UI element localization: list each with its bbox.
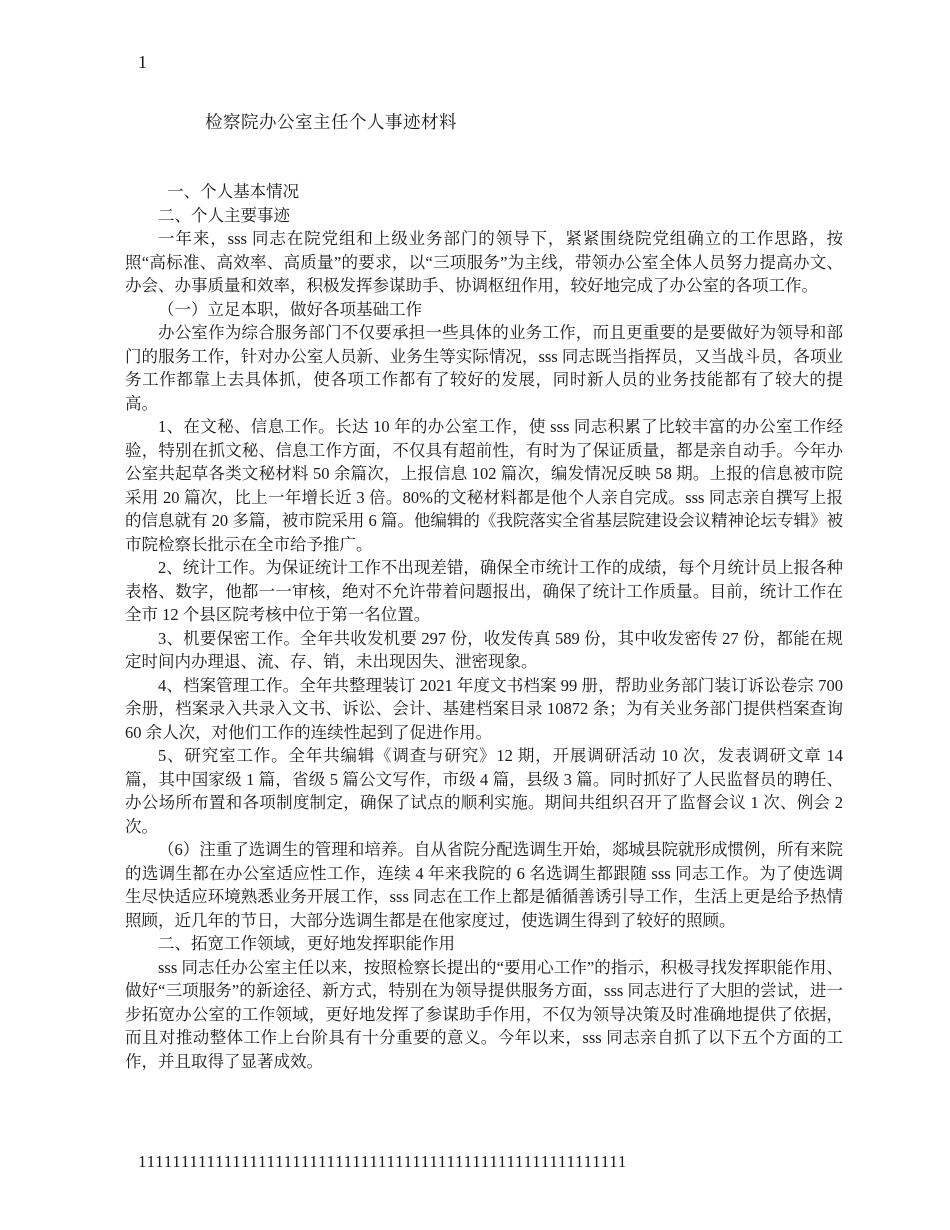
doc-paragraph: sss 同志任办公室主任以来，按照检察长提出的“要用心工作”的指示，积极寻找发挥… [125,956,843,1074]
document-body: 一、个人基本情况二、个人主要事迹一年来，sss 同志在院党组和上级业务部门的领导… [125,180,843,1073]
section-heading: （一）立足本职，做好各项基础工作 [125,298,843,322]
doc-paragraph: 2、统计工作。为保证统计工作不出现差错，确保全市统计工作的成绩，每个月统计员上报… [125,556,843,627]
section-heading: 一、个人基本情况 [125,180,843,204]
footer-digits: 1111111111111111111111111111111111111111… [138,1150,627,1174]
doc-paragraph: 办公室作为综合服务部门不仅要承担一些具体的业务工作，而且更重要的是要做好为领导和… [125,321,843,415]
doc-paragraph: 4、档案管理工作。全年共整理装订 2021 年度文书档案 99 册，帮助业务部门… [125,674,843,745]
section-heading: 二、拓宽工作领域，更好地发挥职能作用 [125,932,843,956]
doc-paragraph: 一年来，sss 同志在院党组和上级业务部门的领导下，紧紧围绕院党组确立的工作思路… [125,227,843,298]
document-title: 检察院办公室主任个人事迹材料 [205,110,457,134]
doc-paragraph: （6）注重了选调生的管理和培养。自从省院分配选调生开始，郯城县院就形成惯例，所有… [125,838,843,932]
section-heading: 二、个人主要事迹 [125,204,843,228]
doc-paragraph: 5、研究室工作。全年共编辑《调查与研究》12 期，开展调研活动 10 次，发表调… [125,744,843,838]
doc-paragraph: 3、机要保密工作。全年共收发机要 297 份，收发传真 589 份，其中收发密传… [125,627,843,674]
document-page: 1 检察院办公室主任个人事迹材料 一、个人基本情况二、个人主要事迹一年来，sss… [0,0,950,1230]
page-number: 1 [138,50,147,74]
doc-paragraph: 1、在文秘、信息工作。长达 10 年的办公室工作，使 sss 同志积累了比较丰富… [125,415,843,556]
